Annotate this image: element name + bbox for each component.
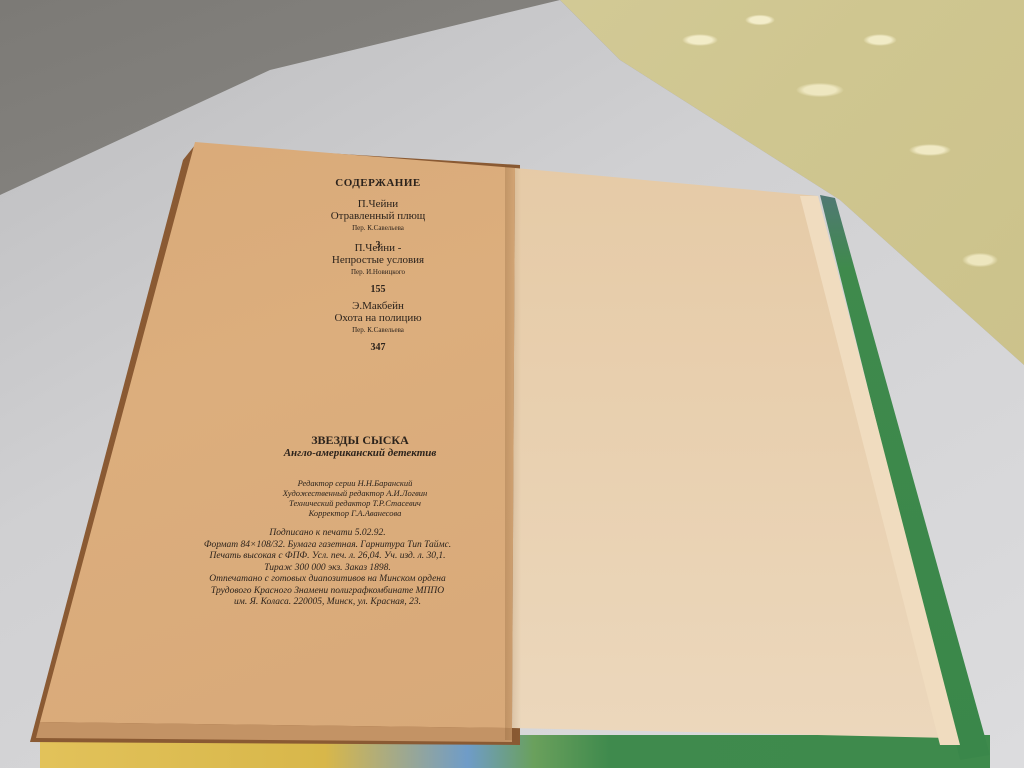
credit-line: Корректор Г.А.Аванесова [215,508,495,518]
entry-translator: Пер. И.Новицкого [283,266,473,278]
imprint-block: Подписано к печати 5.02.92. Формат 84×10… [150,528,505,574]
entry-page: 347 [283,342,473,354]
printer-line: им. Я. Коласа. 220005, Минск, ул. Красна… [150,597,505,609]
printer-line: Отпечатано с готовых диапозитивов на Мин… [150,574,505,586]
book-gutter [505,165,521,740]
entry-title: Отравленный плющ [283,210,473,222]
entry-author: П.Чейни [283,198,473,210]
entry-translator: Пер. К.Савельева [283,222,473,234]
imprint-line: Подписано к печати 5.02.92. [150,528,505,540]
printer-line: Трудового Красного Знамени полиграфкомби… [150,586,505,598]
contents-heading: СОДЕРЖАНИЕ [283,177,473,189]
series-subtitle: Англо-американский детектив [230,446,490,460]
entry-title: Охота на полицию [283,312,473,324]
credit-line: Технический редактор Т.Р.Стасевич [215,498,495,508]
entry-author: П.Чейни - [283,242,473,254]
series-title: ЗВЕЗДЫ СЫСКА [230,433,490,447]
editorial-credits: Редактор серии Н.Н.Баранский Художествен… [215,478,495,518]
entry-author: Э.Макбейн [283,300,473,312]
credit-line: Художественный редактор А.И.Логвин [215,488,495,498]
imprint-line: Печать высокая с ФПФ. Усл. печ. л. 26,04… [150,551,505,563]
imprint-line: Тираж 300 000 экз. Заказ 1898. [150,563,505,575]
entry-page: 155 [283,284,473,296]
imprint-line: Формат 84×108/32. Бумага газетная. Гарни… [150,540,505,552]
printer-block: Отпечатано с готовых диапозитивов на Мин… [150,574,505,609]
contents-entry: Э.Макбейн Охота на полицию Пер. К.Савель… [283,300,473,354]
entry-translator: Пер. К.Савельева [283,324,473,336]
contents-entry: П.Чейни - Непростые условия Пер. И.Новиц… [283,242,473,296]
entry-title: Непростые условия [283,254,473,266]
credit-line: Редактор серии Н.Н.Баранский [215,478,495,488]
